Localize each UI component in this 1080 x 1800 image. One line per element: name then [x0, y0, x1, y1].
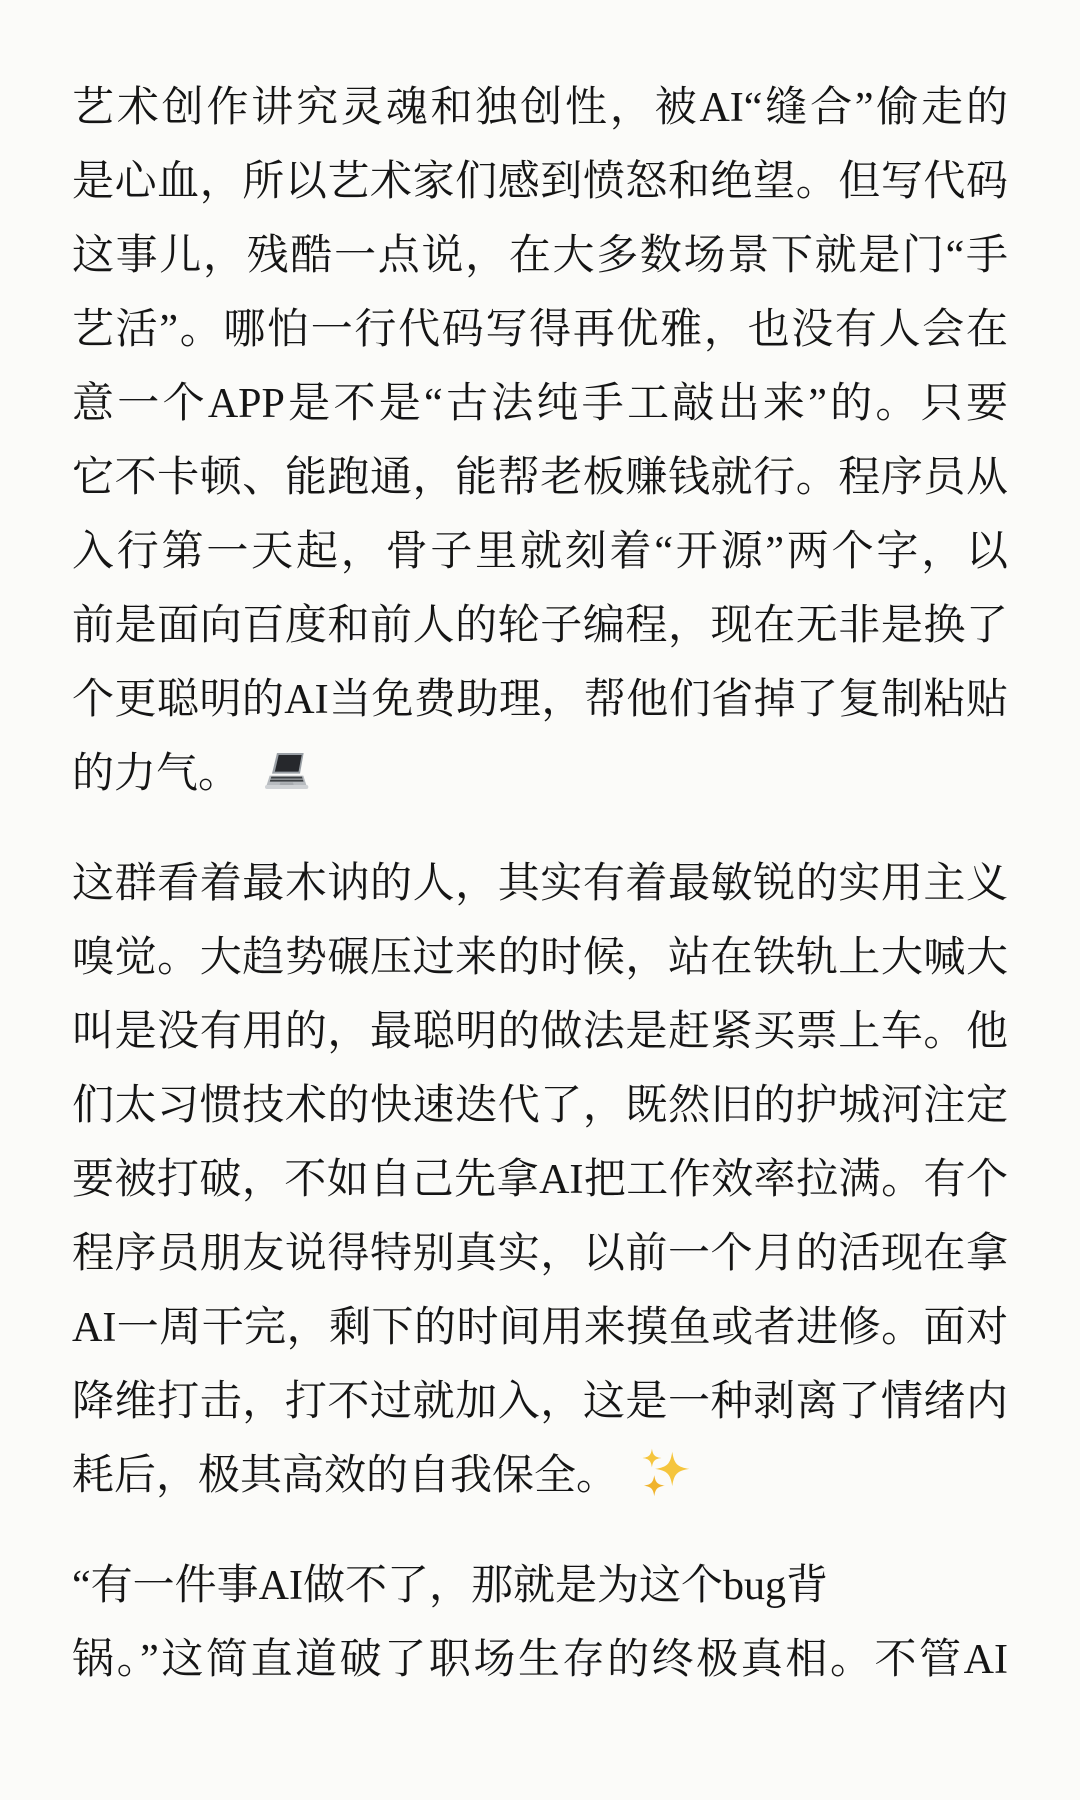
article-content: 艺术创作讲究灵魂和独创性，被AI“缝合”偷走的是心血，所以艺术家们感到愤怒和绝望…: [72, 71, 1008, 1697]
text-line-content: 们太习惯技术的快速迭代了，既然旧的护城河注定: [72, 1083, 1008, 1129]
text-line: 的力气。: [72, 737, 1008, 819]
text-line-content: “有一件事AI做不了，那就是为这个bug背: [72, 1563, 828, 1609]
article-body: 艺术创作讲究灵魂和独创性，被AI“缝合”偷走的是心血，所以艺术家们感到愤怒和绝望…: [0, 0, 1080, 1800]
text-line: 降维打击，打不过就加入，这是一种剥离了情绪内: [72, 1365, 1008, 1439]
paragraph: 这群看着最木讷的人，其实有着最敏锐的实用主义嗅觉。大趋势碾压过来的时候，站在铁轨…: [72, 847, 1008, 1521]
text-line: 个更聪明的AI当免费助理，帮他们省掉了复制粘贴: [72, 663, 1008, 737]
text-line-content: 艺术创作讲究灵魂和独创性，被AI“缝合”偷走的: [72, 85, 1008, 131]
text-line: 程序员朋友说得特别真实，以前一个月的活现在拿: [72, 1217, 1008, 1291]
text-line: 是心血，所以艺术家们感到愤怒和绝望。但写代码: [72, 145, 1008, 219]
text-line-content: AI一周干完，剩下的时间用来摸鱼或者进修。面对: [72, 1305, 1008, 1351]
paragraph: 艺术创作讲究灵魂和独创性，被AI“缝合”偷走的是心血，所以艺术家们感到愤怒和绝望…: [72, 71, 1008, 819]
text-line-content: 意一个APP是不是“古法纯手工敲出来”的。只要: [72, 381, 1008, 427]
article-page: { "page": { "background_color": "#fbfbf9…: [0, 0, 1080, 1800]
text-line-content: 入行第一天起，骨子里就刻着“开源”两个字，以: [72, 529, 1008, 575]
sparkles-emoji-icon: [641, 1447, 691, 1521]
text-line-content: 艺活”。哪怕一行代码写得再优雅，也没有人会在: [72, 307, 1008, 353]
text-line-content: 要被打破，不如自己先拿AI把工作效率拉满。有个: [72, 1157, 1008, 1203]
text-line: AI一周干完，剩下的时间用来摸鱼或者进修。面对: [72, 1291, 1008, 1365]
text-line: 叫是没有用的，最聪明的做法是赶紧买票上车。他: [72, 995, 1008, 1069]
text-line-content: 这群看着最木讷的人，其实有着最敏锐的实用主义: [72, 861, 1008, 907]
text-line: 这群看着最木讷的人，其实有着最敏锐的实用主义: [72, 847, 1008, 921]
text-line-content: 前是面向百度和前人的轮子编程，现在无非是换了: [72, 603, 1008, 649]
text-line-content: 叫是没有用的，最聪明的做法是赶紧买票上车。他: [72, 1009, 1008, 1055]
text-line: 锅。”这简直道破了职场生存的终极真相。不管AI: [72, 1623, 1008, 1697]
text-line: 们太习惯技术的快速迭代了，既然旧的护城河注定: [72, 1069, 1008, 1143]
laptop-emoji-icon: [263, 745, 311, 819]
text-line: 它不卡顿、能跑通，能帮老板赚钱就行。程序员从: [72, 441, 1008, 515]
text-line: 嗅觉。大趋势碾压过来的时候，站在铁轨上大喊大: [72, 921, 1008, 995]
text-line-content: 是心血，所以艺术家们感到愤怒和绝望。但写代码: [72, 159, 1008, 205]
text-line: 这事儿，残酷一点说，在大多数场景下就是门“手: [72, 219, 1008, 293]
text-line: 入行第一天起，骨子里就刻着“开源”两个字，以: [72, 515, 1008, 589]
text-line-content: 锅。”这简直道破了职场生存的终极真相。不管AI: [72, 1637, 1008, 1683]
text-line: “有一件事AI做不了，那就是为这个bug背: [72, 1549, 1008, 1623]
text-line-content: 的力气。: [72, 751, 240, 797]
text-line-content: 降维打击，打不过就加入，这是一种剥离了情绪内: [72, 1379, 1008, 1425]
text-line-content: 个更聪明的AI当免费助理，帮他们省掉了复制粘贴: [72, 677, 1008, 723]
paragraph: “有一件事AI做不了，那就是为这个bug背锅。”这简直道破了职场生存的终极真相。…: [72, 1549, 1008, 1697]
text-line: 耗后，极其高效的自我保全。: [72, 1439, 1008, 1521]
text-line: 艺活”。哪怕一行代码写得再优雅，也没有人会在: [72, 293, 1008, 367]
text-line: 意一个APP是不是“古法纯手工敲出来”的。只要: [72, 367, 1008, 441]
text-line-content: 嗅觉。大趋势碾压过来的时候，站在铁轨上大喊大: [72, 935, 1008, 981]
text-line-content: 这事儿，残酷一点说，在大多数场景下就是门“手: [72, 233, 1008, 279]
text-line: 前是面向百度和前人的轮子编程，现在无非是换了: [72, 589, 1008, 663]
text-line-content: 程序员朋友说得特别真实，以前一个月的活现在拿: [72, 1231, 1008, 1277]
text-line: 要被打破，不如自己先拿AI把工作效率拉满。有个: [72, 1143, 1008, 1217]
text-line: 艺术创作讲究灵魂和独创性，被AI“缝合”偷走的: [72, 71, 1008, 145]
text-line-content: 它不卡顿、能跑通，能帮老板赚钱就行。程序员从: [72, 455, 1008, 501]
text-line-content: 耗后，极其高效的自我保全。: [72, 1453, 618, 1499]
